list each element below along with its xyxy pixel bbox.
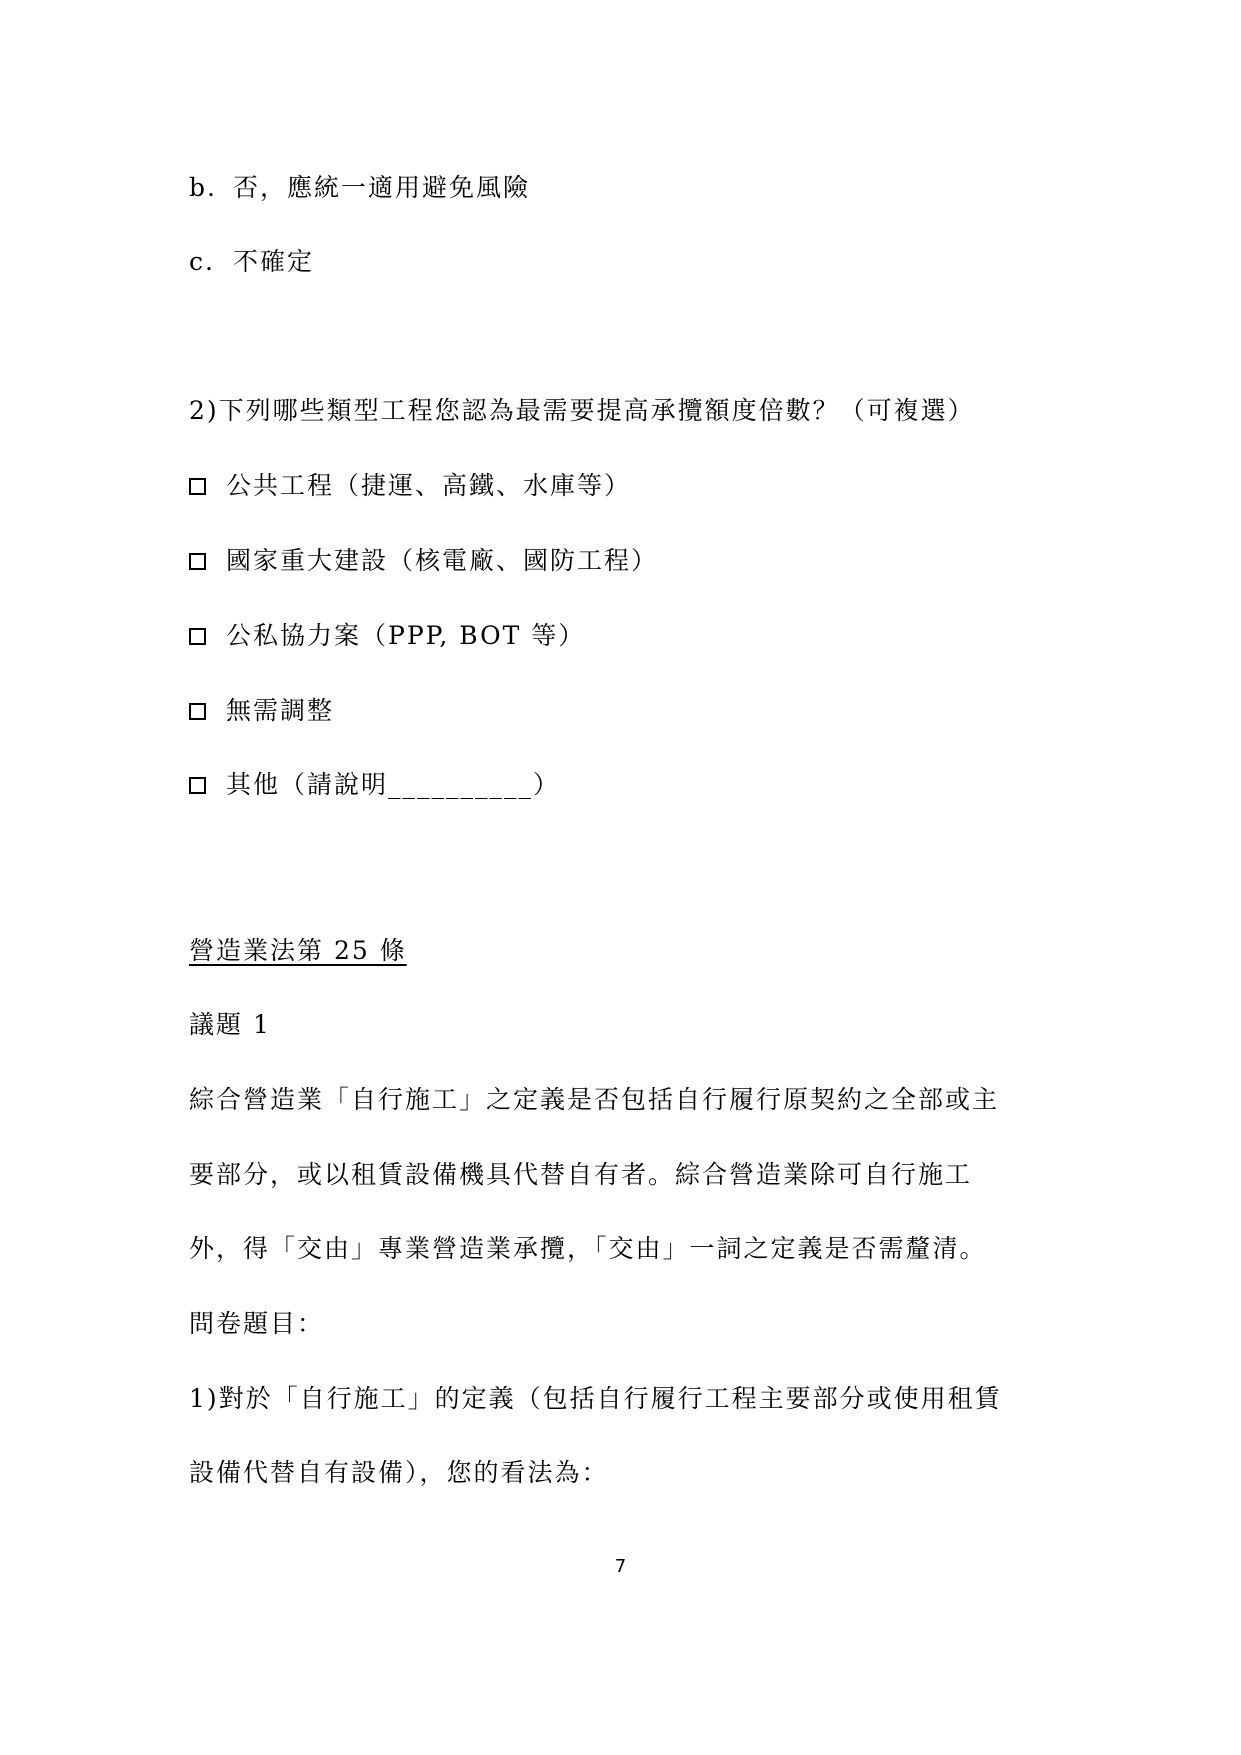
- option-text: 公共工程（捷運、高鐵、水庫等）: [226, 471, 631, 500]
- option-text: 其他（請說明__________）: [226, 770, 560, 799]
- option-c: c.不確定: [189, 247, 314, 277]
- checkbox-option[interactable]: 其他（請說明__________）: [189, 770, 560, 800]
- checkbox-icon[interactable]: [189, 553, 206, 570]
- checkbox-icon[interactable]: [189, 478, 206, 495]
- paragraph-line: 要部分，或以租賃設備機具代替自有者。綜合營造業除可自行施工: [189, 1160, 972, 1190]
- page-number: 7: [0, 1556, 1241, 1577]
- checkbox-icon[interactable]: [189, 777, 206, 794]
- checkbox-icon[interactable]: [189, 703, 206, 720]
- checkbox-option[interactable]: 無需調整: [189, 696, 334, 726]
- option-b: b.否，應統一適用避免風險: [189, 173, 530, 203]
- paragraph-line: 綜合營造業「自行施工」之定義是否包括自行履行原契約之全部或主: [189, 1085, 999, 1115]
- question-1-line: 設備代替自有設備），您的看法為：: [189, 1458, 609, 1488]
- checkbox-option[interactable]: 國家重大建設（核電廠、國防工程）: [189, 546, 658, 576]
- paragraph-line: 外，得「交由」專業營造業承攬，「交由」一詞之定義是否需釐清。: [189, 1234, 987, 1264]
- option-text: 公私協力案（PPP, BOT 等）: [226, 621, 585, 650]
- issue-label: 議題 1: [189, 1010, 271, 1040]
- questionnaire-label: 問卷題目：: [189, 1309, 324, 1339]
- option-text: 不確定: [233, 247, 314, 276]
- option-text: 無需調整: [226, 696, 334, 725]
- option-text: 國家重大建設（核電廠、國防工程）: [226, 546, 658, 575]
- option-text: 否，應統一適用避免風險: [233, 173, 530, 202]
- option-label: c.: [189, 247, 233, 277]
- question-2-text: 2)下列哪些類型工程您認為最需要提高承攬額度倍數？（可複選）: [189, 396, 975, 426]
- checkbox-option[interactable]: 公共工程（捷運、高鐵、水庫等）: [189, 471, 631, 501]
- question-1-line: 1)對於「自行施工」的定義（包括自行履行工程主要部分或使用租賃: [189, 1384, 1002, 1414]
- option-label: b.: [189, 173, 233, 203]
- checkbox-option[interactable]: 公私協力案（PPP, BOT 等）: [189, 621, 585, 651]
- checkbox-icon[interactable]: [189, 628, 206, 645]
- section-title: 營造業法第 25 條: [189, 936, 407, 966]
